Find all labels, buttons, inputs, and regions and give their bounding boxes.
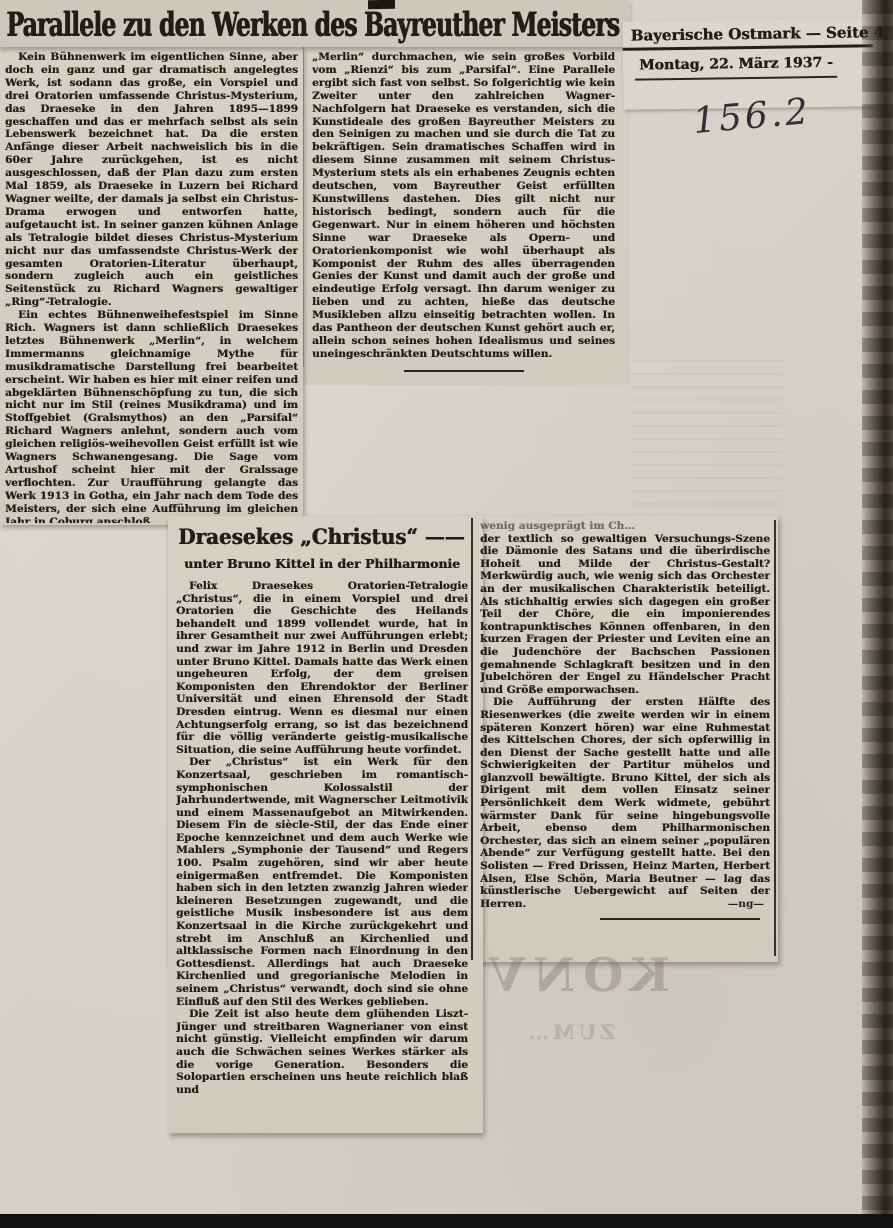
end-of-article-rule xyxy=(600,918,760,920)
faded-line: wenig ausgeprägt im Ch… xyxy=(480,520,770,533)
clipping-torn-edge xyxy=(303,47,304,367)
article1-headline: Parallele zu den Werken des Bayreuther M… xyxy=(0,0,619,44)
paragraph: Kein Bühnenwerk im eigentlichen Sinne, a… xyxy=(5,51,298,309)
paragraph: der textlich so gewaltigen Versuchungs-S… xyxy=(480,533,770,697)
article2-column-right: wenig ausgeprägt im Ch… der textlich so … xyxy=(480,520,770,960)
scan-artifact-mark xyxy=(368,0,395,9)
paragraph: Der „Christus“ ist ein Werk für den Konz… xyxy=(176,756,468,1008)
article1-headline-strip: Parallele zu den Werken des Bayreuther M… xyxy=(0,0,630,47)
bleedthrough-smudge xyxy=(632,360,782,520)
paragraph: Die Aufführung der ersten Hälfte des Rie… xyxy=(480,696,770,910)
issue-date: Montag, 22. März 1937 - xyxy=(623,47,877,74)
article1-column-right: „Merlin“ durchmachen, wie sein großes Vo… xyxy=(312,51,615,381)
paragraph: „Merlin“ durchmachen, wie sein großes Vo… xyxy=(312,51,615,361)
article2-column-left: Felix Draesekes Oratorien-Tetralogie „Ch… xyxy=(176,580,468,1128)
paragraph: Felix Draesekes Oratorien-Tetralogie „Ch… xyxy=(176,580,468,756)
clipping-right-border xyxy=(774,520,776,956)
article1-column-left: Kein Bühnenwerk im eigentlichen Sinne, a… xyxy=(5,51,298,523)
bleedthrough-text-small: ZUM… xyxy=(455,1020,615,1044)
article2-subhead: unter Bruno Kittel in der Philharmonie xyxy=(178,556,466,571)
paragraph: Die Zeit ist also heute dem glühenden Li… xyxy=(176,1008,468,1096)
end-of-article-rule xyxy=(404,370,524,372)
scan-bottom-edge xyxy=(0,1214,893,1228)
handwritten-archive-number: 156.2 xyxy=(691,91,812,142)
article2-headline: Draesekes „Christus“ —— xyxy=(178,524,452,549)
masthead-rule xyxy=(635,76,837,81)
scanned-album-page: Parallele zu den Werken des Bayreuther M… xyxy=(0,0,893,1228)
paragraph: Ein echtes Bühnenweihefestspiel im Sinne… xyxy=(5,309,298,523)
newspaper-title: Bayerische Ostmark — Seite 4 xyxy=(622,18,876,46)
column-divider-rule xyxy=(471,518,473,960)
bleedthrough-text-large: KONV xyxy=(470,948,670,1002)
book-gutter-shadow xyxy=(862,0,893,1228)
